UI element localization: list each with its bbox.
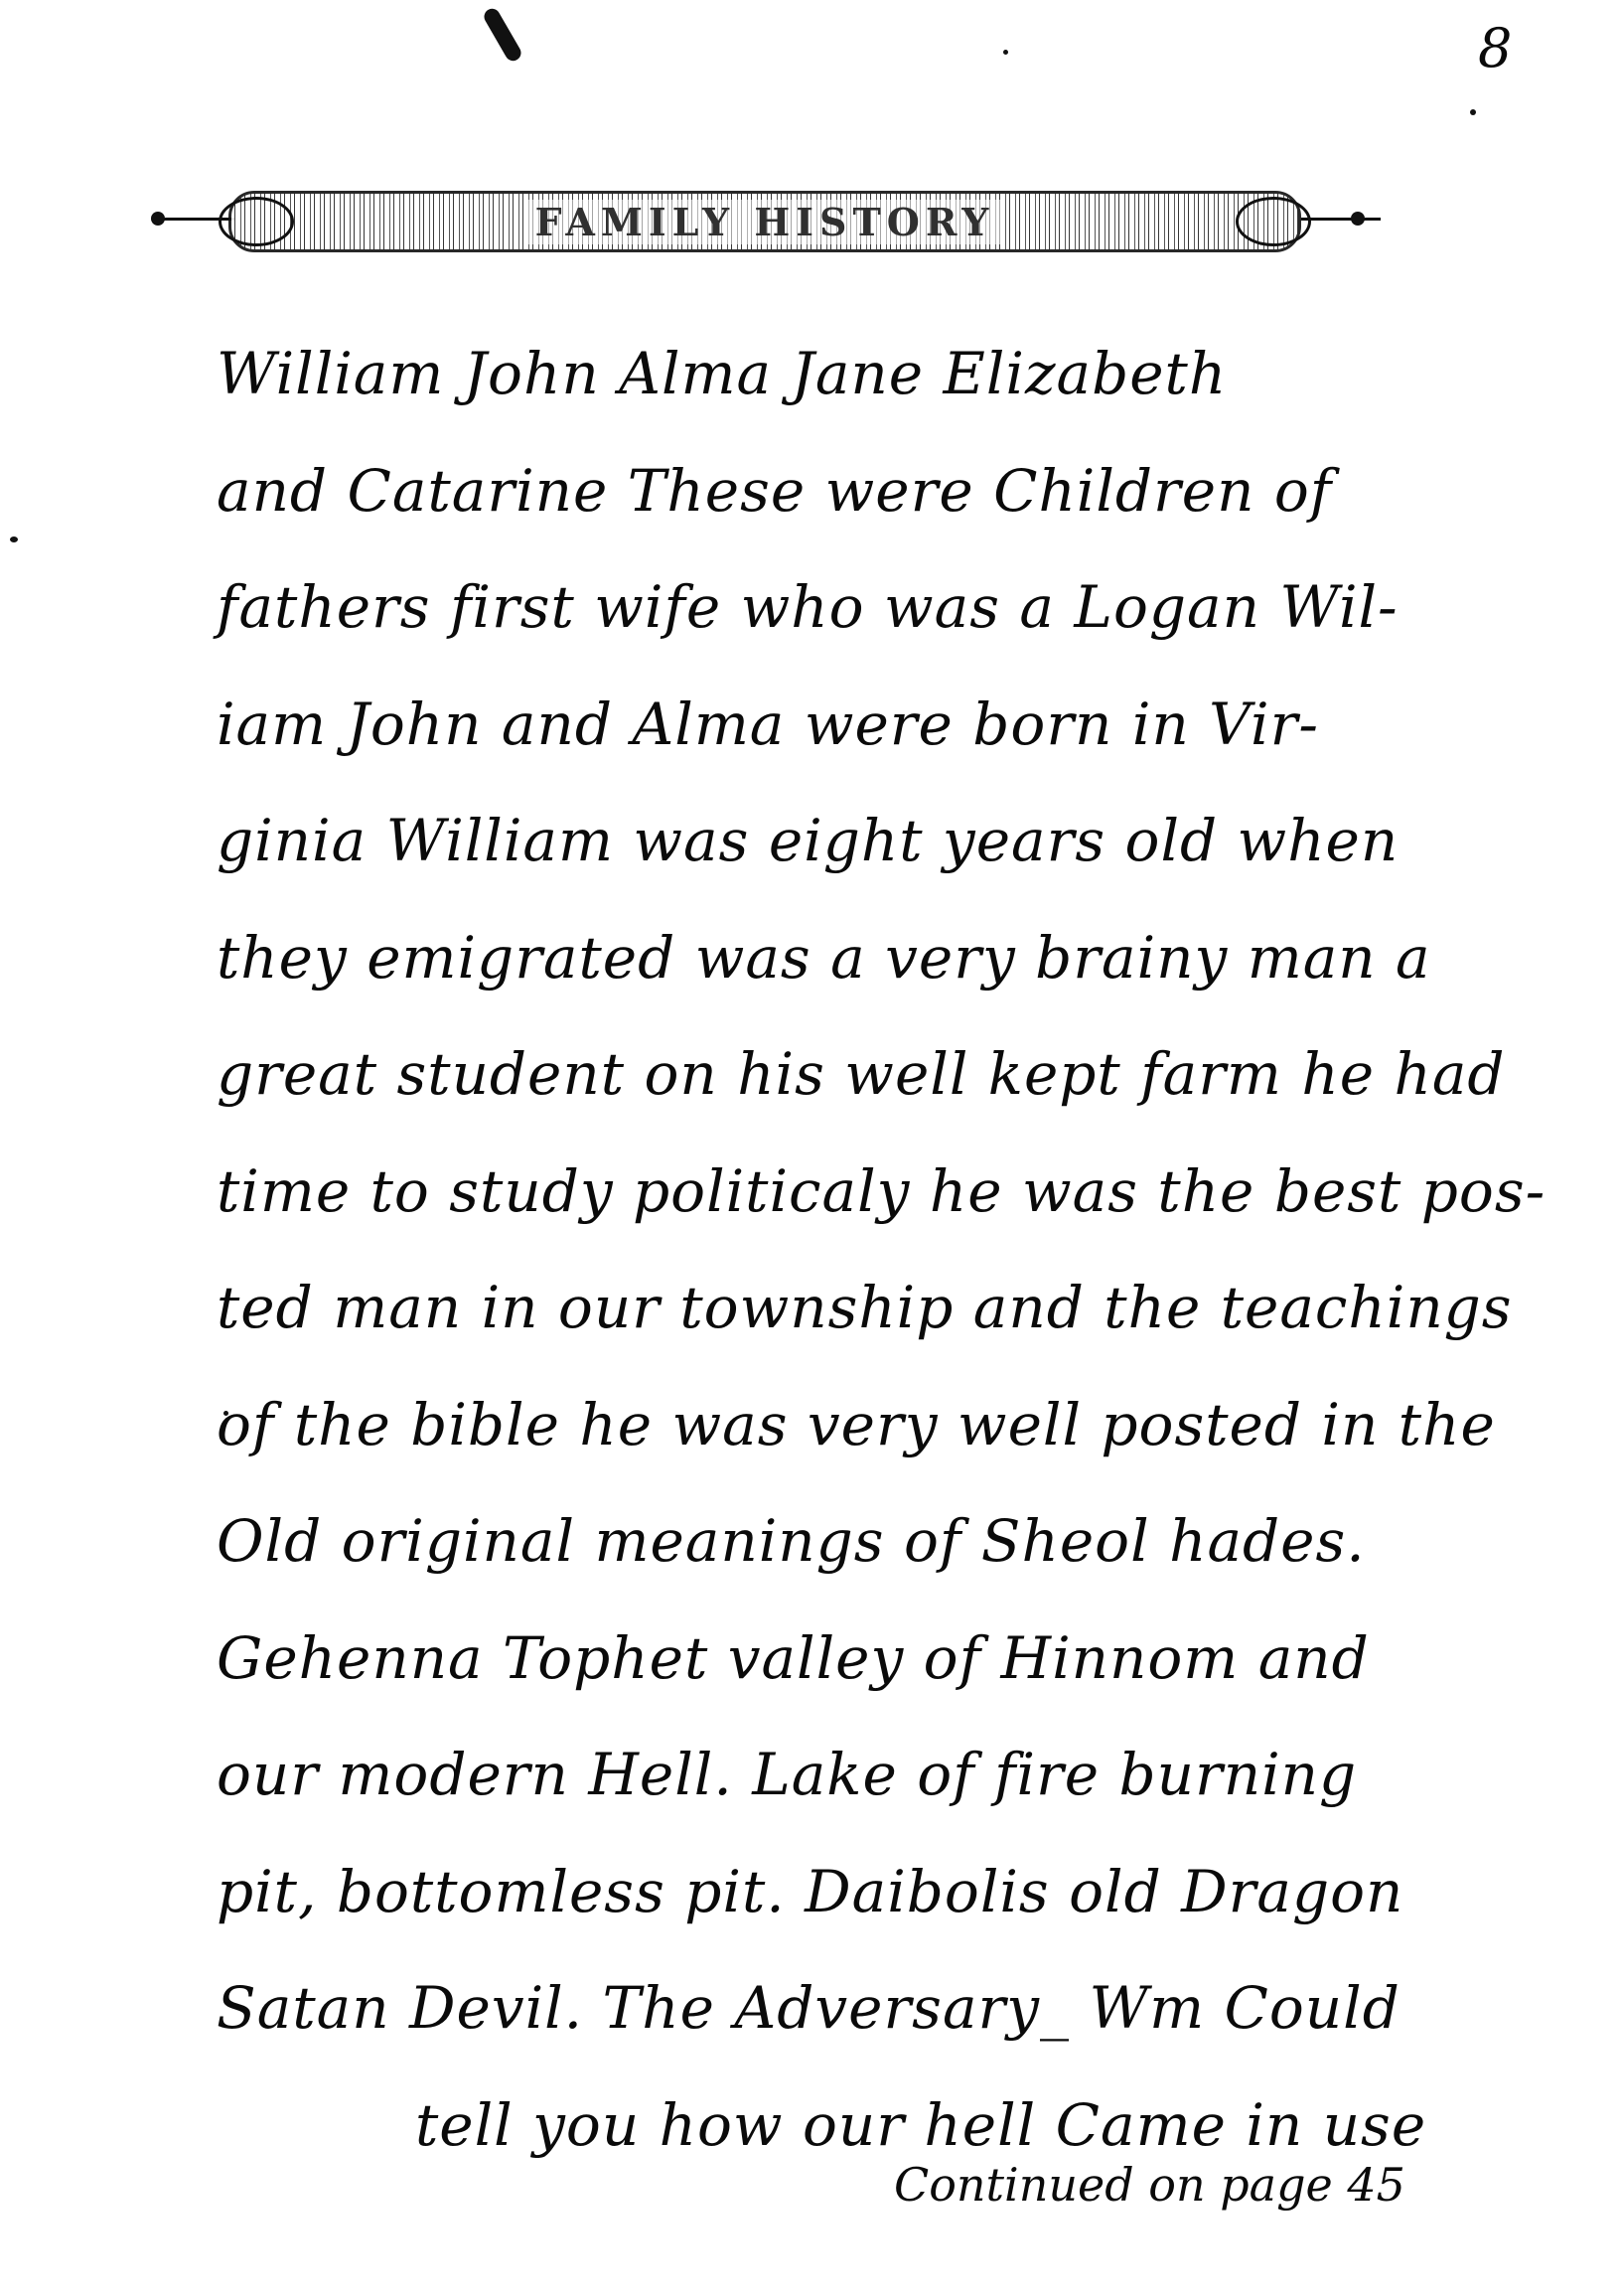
- scroll-curl-left-icon: [219, 197, 294, 246]
- text-line: Satan Devil. The Adversary_ Wm Could: [217, 1950, 1408, 2067]
- text-line: great student on his well kept farm he h…: [217, 1016, 1408, 1134]
- page-number: 8: [1478, 22, 1512, 76]
- document-page: 8 FAMILY HISTORY William John Alma Jane …: [0, 0, 1621, 2296]
- text-line: time to study politicaly he was the best…: [217, 1134, 1408, 1251]
- banner-scroll: FAMILY HISTORY: [228, 191, 1301, 252]
- text-line: Old original meanings of Sheol hades.: [217, 1483, 1408, 1601]
- ink-speck: [1003, 50, 1008, 55]
- ink-speck: [10, 536, 18, 542]
- text-line: fathers first wife who was a Logan Wil-: [217, 549, 1408, 667]
- banner-title: FAMILY HISTORY: [525, 200, 1005, 244]
- text-line: Gehenna Tophet valley of Hinnom and: [217, 1601, 1408, 1718]
- text-line: ted man in our township and the teaching…: [217, 1250, 1408, 1367]
- text-line: they emigrated was a very brainy man a: [217, 900, 1408, 1017]
- continued-note: Continued on page 45: [894, 2158, 1405, 2212]
- text-line: our modern Hell. Lake of fire burning: [217, 1717, 1408, 1834]
- handwritten-text: William John Alma Jane Elizabeth and Cat…: [217, 316, 1408, 2184]
- text-line: pit, bottomless pit. Daibolis old Dragon: [217, 1834, 1408, 1951]
- ink-mark: [482, 6, 524, 64]
- text-line: William John Alma Jane Elizabeth: [217, 316, 1408, 433]
- scroll-curl-right-icon: [1236, 197, 1311, 246]
- banner-ornament-left-icon: [151, 212, 165, 226]
- text-line: ginia William was eight years old when: [217, 783, 1408, 900]
- text-line: of the bible he was very well posted in …: [217, 1367, 1408, 1484]
- ink-speck: [1470, 109, 1476, 115]
- text-line: iam John and Alma were born in Vir-: [217, 667, 1408, 784]
- text-line: and Catarine These were Children of: [217, 433, 1408, 550]
- decorative-banner: FAMILY HISTORY: [149, 187, 1381, 250]
- banner-rule-right: [1301, 218, 1381, 221]
